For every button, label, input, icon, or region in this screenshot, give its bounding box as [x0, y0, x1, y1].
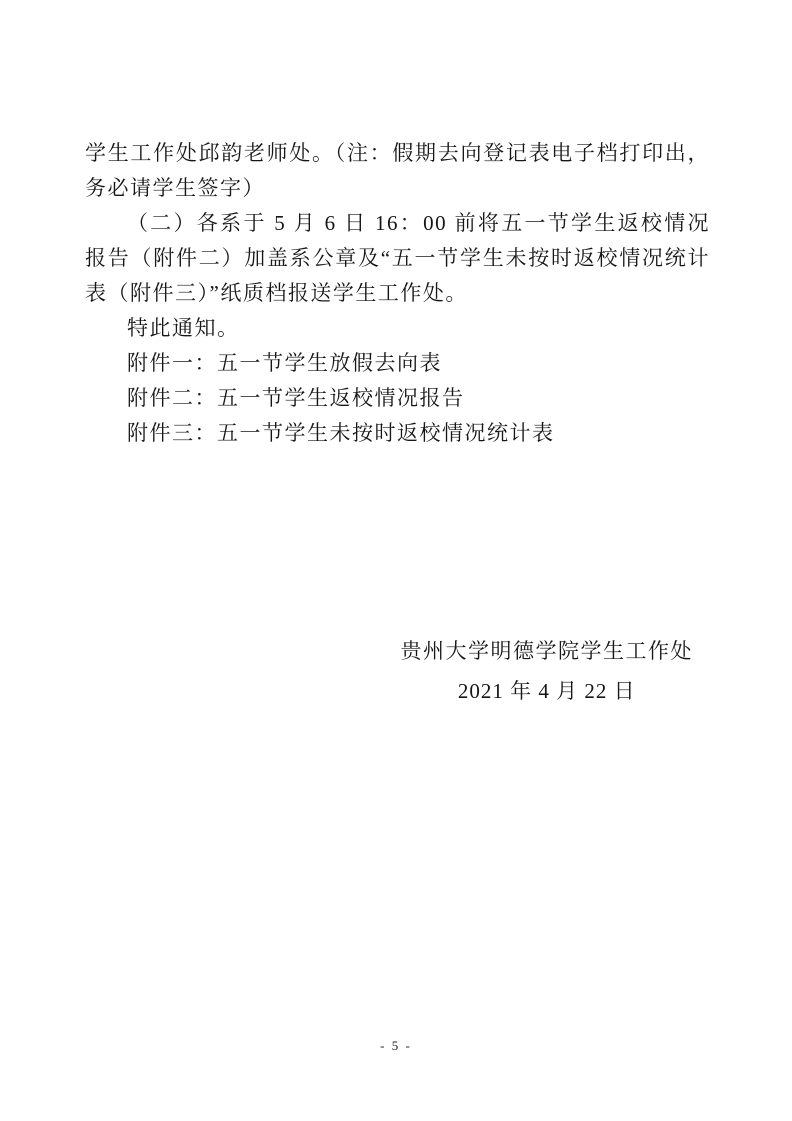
paragraph-item-two: （二）各系于 5 月 6 日 16：00 前将五一节学生返校情况报告（附件二）加… — [85, 206, 710, 311]
attachment-line-2: 附件二：五一节学生返校情况报告 — [85, 381, 710, 416]
signature-block: 贵州大学明德学院学生工作处 2021 年 4 月 22 日 — [401, 631, 694, 711]
signature-organization: 贵州大学明德学院学生工作处 — [401, 631, 694, 671]
document-content: 学生工作处邱韵老师处。（注：假期去向登记表电子档打印出，务必请学生签字） （二）… — [0, 0, 792, 711]
attachment-line-1: 附件一：五一节学生放假去向表 — [85, 346, 710, 381]
paragraph-continuation: 学生工作处邱韵老师处。（注：假期去向登记表电子档打印出，务必请学生签字） — [85, 136, 710, 206]
paragraph-notice-closing: 特此通知。 — [85, 311, 710, 346]
signature-date: 2021 年 4 月 22 日 — [401, 671, 694, 711]
page-number: - 5 - — [0, 1038, 792, 1054]
document-body: 学生工作处邱韵老师处。（注：假期去向登记表电子档打印出，务必请学生签字） （二）… — [85, 136, 710, 451]
attachment-line-3: 附件三：五一节学生未按时返校情况统计表 — [85, 416, 710, 451]
document-page: 学生工作处邱韵老师处。（注：假期去向登记表电子档打印出，务必请学生签字） （二）… — [0, 0, 792, 1121]
